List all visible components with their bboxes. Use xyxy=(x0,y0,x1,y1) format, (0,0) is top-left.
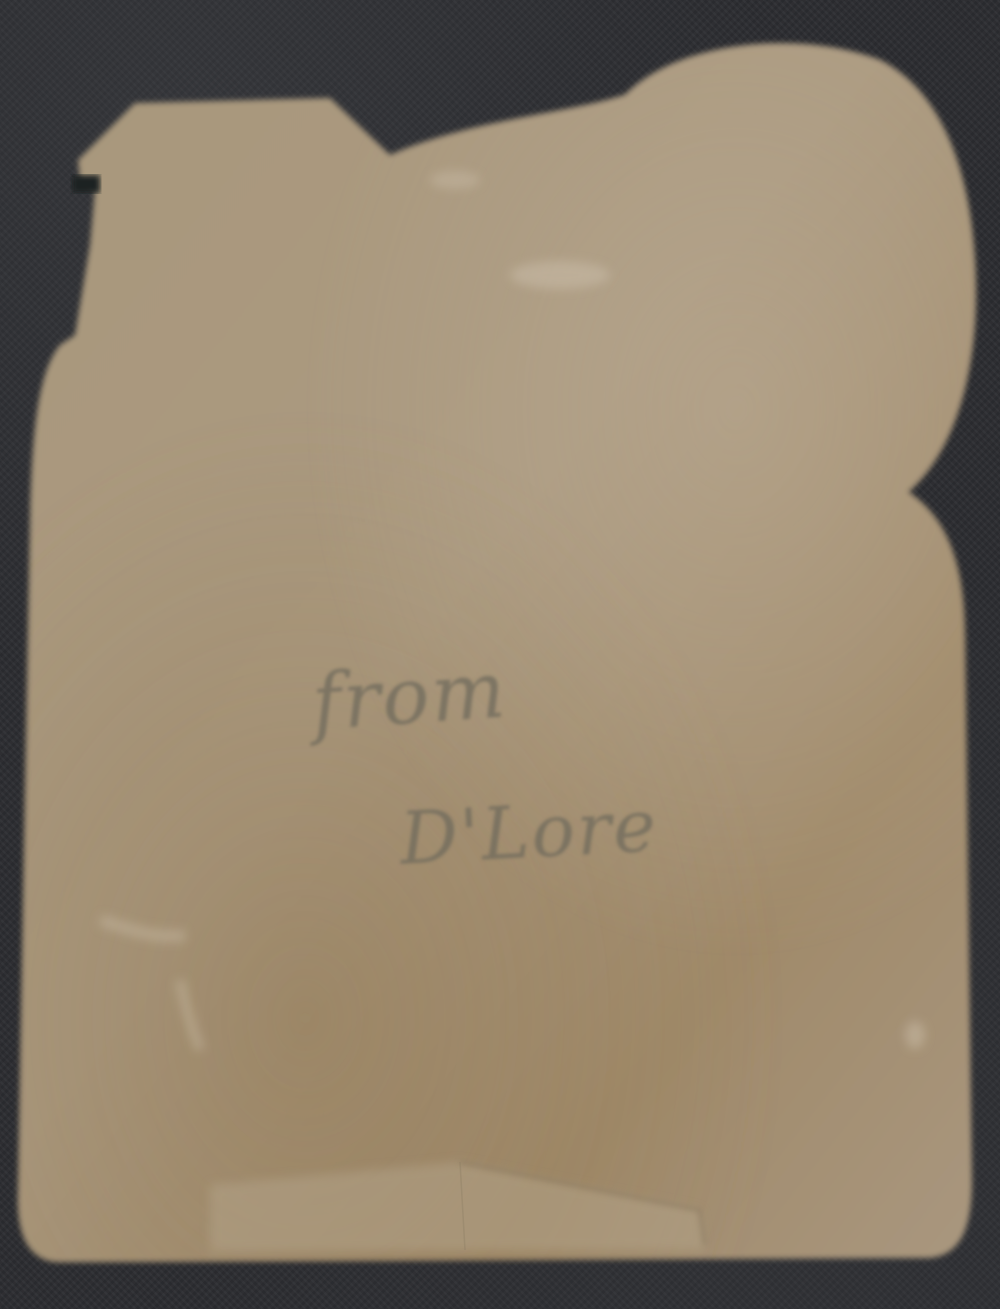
photo-scene: from D'Lore xyxy=(0,0,1000,1309)
inscription-name: D'Lore xyxy=(398,783,660,880)
inscription-from: from xyxy=(309,645,510,748)
edge-notch xyxy=(72,175,100,193)
